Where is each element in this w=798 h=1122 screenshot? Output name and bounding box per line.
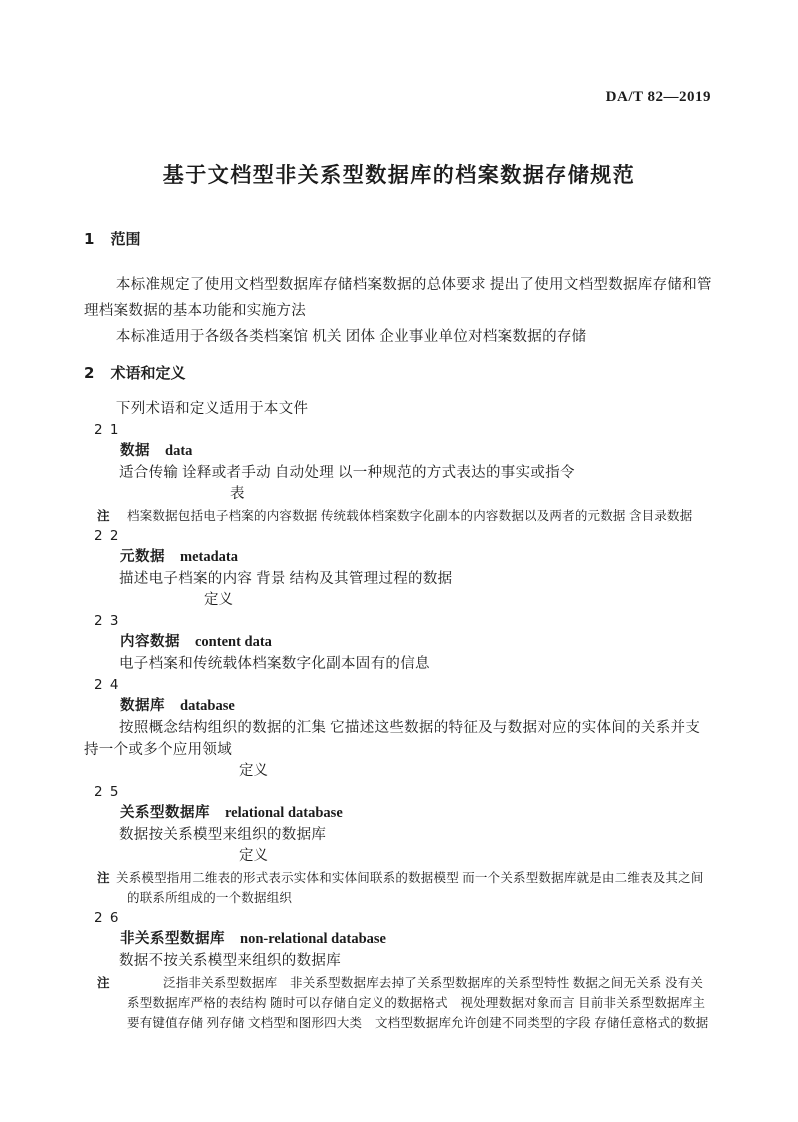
note-label: 注 — [97, 868, 110, 888]
term-zh: 数据 — [120, 443, 150, 459]
term-en: relational database — [225, 805, 343, 821]
section-number: 2 — [84, 364, 94, 382]
section-number: 1 — [84, 230, 94, 248]
term-zh: 内容数据 — [120, 634, 180, 650]
page-title: 基于文档型非关系型数据库的档案数据存储规范 — [0, 159, 798, 189]
term-number: 2 6 — [94, 908, 714, 928]
term-en: non-relational database — [240, 931, 386, 947]
term-line: 数据库database — [120, 695, 714, 717]
term-line: 数据data — [120, 440, 714, 462]
term-zh: 关系型数据库 — [120, 805, 210, 821]
term-en: content data — [195, 634, 272, 650]
source-line: 定义 — [239, 846, 714, 867]
term-line: 关系型数据库relational database — [120, 802, 714, 824]
term-line: 元数据metadata — [120, 546, 714, 568]
document-page: DA/T 82—2019 基于文档型非关系型数据库的档案数据存储规范 1范围 本… — [0, 0, 798, 1122]
term-note: 注 关系模型指用二维表的形式表示实体和实体间联系的数据模型 而一个关系型数据库就… — [84, 868, 714, 908]
document-body: 1范围 本标准规定了使用文档型数据库存储档案数据的总体要求 提出了使用文档型数据… — [84, 228, 714, 1033]
note-text: 档案数据包括电子档案的内容数据 传统载体档案数字化副本的内容数据以及两者的元数据… — [127, 506, 714, 526]
section-title: 范围 — [110, 230, 140, 248]
term-number: 2 2 — [94, 526, 714, 546]
term-number: 2 3 — [94, 611, 714, 631]
standard-number: DA/T 82—2019 — [606, 89, 711, 106]
term-definition: 数据按关系模型来组织的数据库 — [84, 824, 714, 846]
term-en: metadata — [180, 549, 238, 565]
term-definition: 描述电子档案的内容 背景 结构及其管理过程的数据 — [84, 568, 714, 590]
section-heading-terms: 2术语和定义 — [84, 362, 714, 384]
term-entry-2-1: 2 1 数据data 适合传输 诠释或者手动 自动处理 以一种规范的方式表达的事… — [84, 420, 714, 526]
term-entry-2-2: 2 2 元数据metadata 描述电子档案的内容 背景 结构及其管理过程的数据… — [84, 526, 714, 611]
term-number: 2 1 — [94, 420, 714, 440]
term-definition: 适合传输 诠释或者手动 自动处理 以一种规范的方式表达的事实或指令 — [84, 462, 714, 484]
term-line: 内容数据content data — [120, 631, 714, 653]
term-entry-2-5: 2 5 关系型数据库relational database 数据按关系模型来组织… — [84, 782, 714, 908]
source-line: 定义 — [204, 590, 714, 611]
source-line: 表 — [230, 484, 714, 505]
term-definition: 数据不按关系模型来组织的数据库 — [84, 950, 714, 972]
term-entry-2-3: 2 3 内容数据content data 电子档案和传统载体档案数字化副本固有的… — [84, 611, 714, 675]
term-line: 非关系型数据库non-relational database — [120, 928, 714, 950]
terms-intro: 下列术语和定义适用于本文件 — [84, 398, 714, 420]
term-entry-2-4: 2 4 数据库database 按照概念结构组织的数据的汇集 它描述这些数据的特… — [84, 675, 714, 782]
note-text: 泛指非关系型数据库 非关系型数据库去掉了关系型数据库的关系型特性 数据之间无关系… — [127, 973, 714, 1033]
term-entry-2-6: 2 6 非关系型数据库non-relational database 数据不按关… — [84, 908, 714, 1033]
term-zh: 非关系型数据库 — [120, 931, 225, 947]
term-number: 2 4 — [94, 675, 714, 695]
term-zh: 元数据 — [120, 549, 165, 565]
term-note: 注 泛指非关系型数据库 非关系型数据库去掉了关系型数据库的关系型特性 数据之间无… — [84, 973, 714, 1033]
term-definition: 电子档案和传统载体档案数字化副本固有的信息 — [84, 653, 714, 675]
note-label: 注 — [97, 506, 110, 526]
scope-paragraph-2: 本标准适用于各级各类档案馆 机关 团体 企业事业单位对档案数据的存储 — [84, 324, 714, 350]
term-definition: 按照概念结构组织的数据的汇集 它描述这些数据的特征及与数据对应的实体间的关系并支… — [84, 717, 714, 761]
note-text: 关系模型指用二维表的形式表示实体和实体间联系的数据模型 而一个关系型数据库就是由… — [127, 868, 714, 908]
note-label: 注 — [97, 973, 110, 993]
term-note: 注 档案数据包括电子档案的内容数据 传统载体档案数字化副本的内容数据以及两者的元… — [84, 506, 714, 526]
term-number: 2 5 — [94, 782, 714, 802]
source-line: 定义 — [239, 761, 714, 782]
term-en: database — [180, 698, 235, 714]
scope-paragraph-1: 本标准规定了使用文档型数据库存储档案数据的总体要求 提出了使用文档型数据库存储和… — [84, 272, 714, 324]
term-zh: 数据库 — [120, 698, 165, 714]
section-title: 术语和定义 — [110, 364, 185, 382]
section-heading-scope: 1范围 — [84, 228, 714, 250]
term-en: data — [165, 443, 192, 459]
